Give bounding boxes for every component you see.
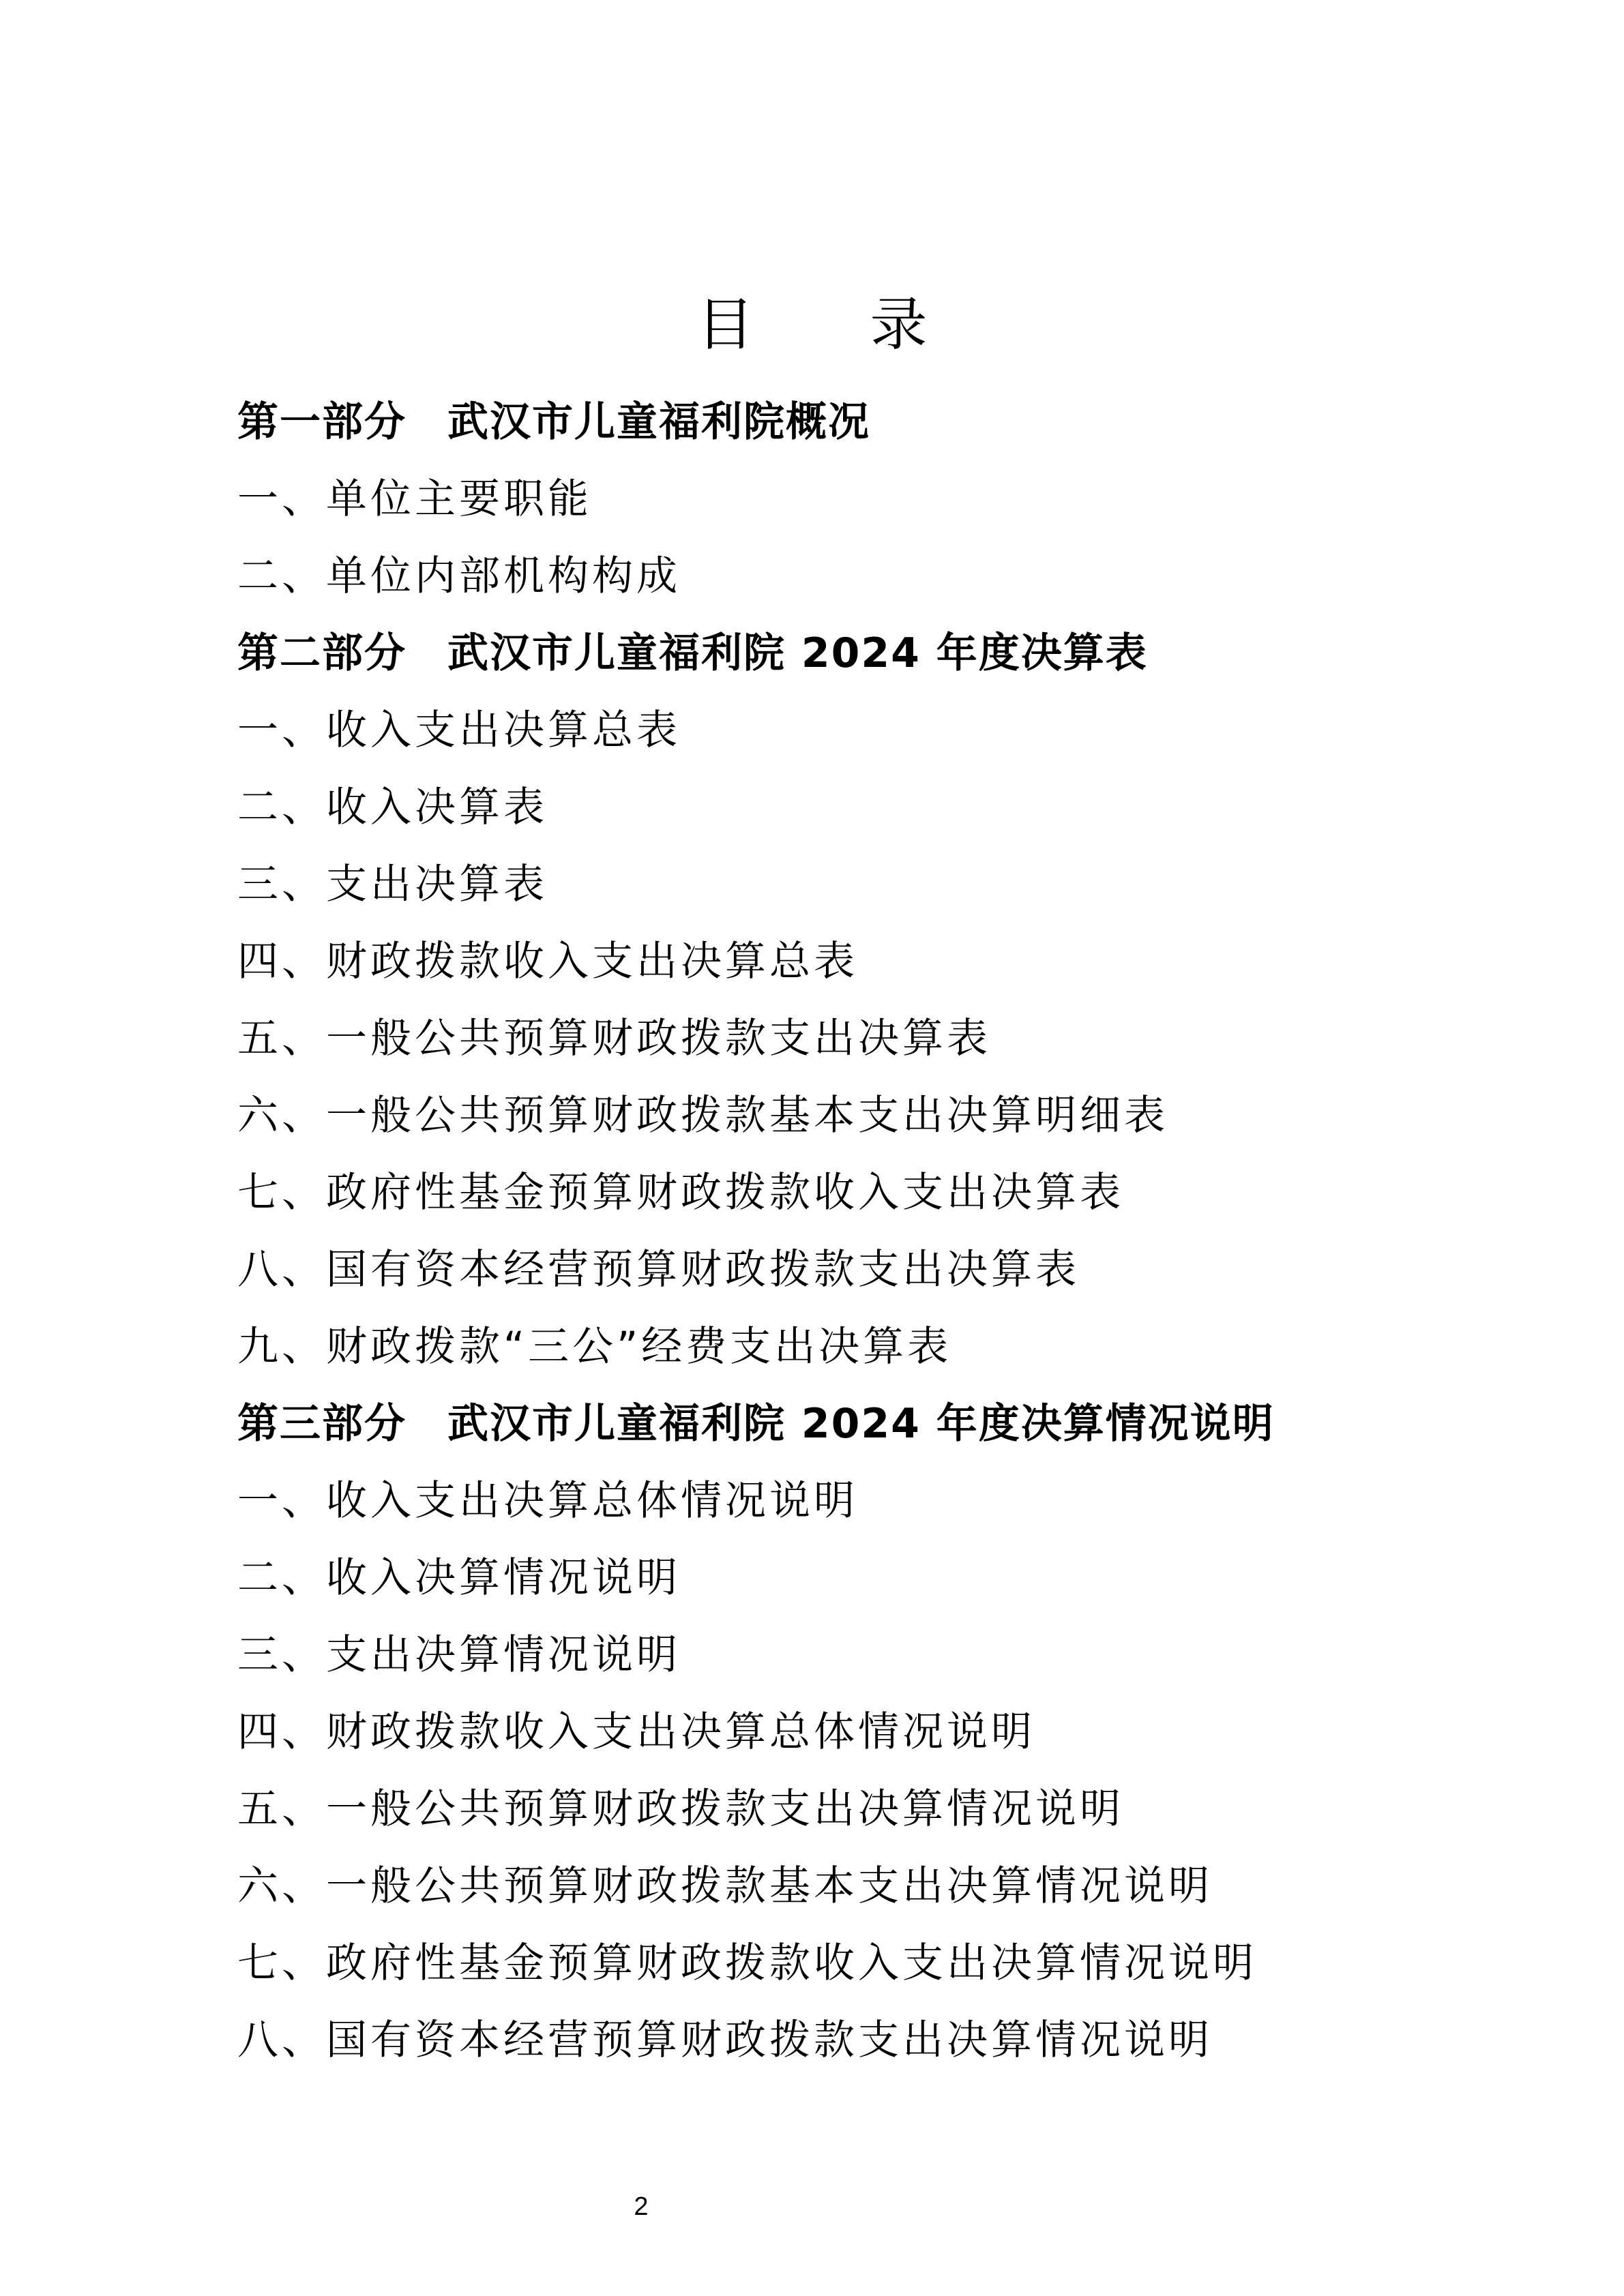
toc-entry[interactable]: 八、国有资本经营预算财政拨款支出决算表 <box>237 1232 1465 1309</box>
toc-entry[interactable]: 五、一般公共预算财政拨款支出决算表 <box>237 1000 1465 1077</box>
page-number: 2 <box>0 2190 1282 2223</box>
toc-part-1[interactable]: 第一部分武汉市儿童福利院概况 <box>237 384 1465 461</box>
toc-part-label: 第二部分 <box>237 615 407 692</box>
toc-entry[interactable]: 二、收入决算表 <box>237 769 1465 846</box>
toc-entry[interactable]: 一、单位主要职能 <box>237 461 1465 538</box>
toc-entry[interactable]: 三、支出决算情况说明 <box>237 1617 1465 1694</box>
toc-entry[interactable]: 四、财政拨款收入支出决算总体情况说明 <box>237 1694 1465 1771</box>
toc-title-char-1: 目 <box>697 292 754 357</box>
toc-entry[interactable]: 四、财政拨款收入支出决算总表 <box>237 923 1465 1000</box>
toc-entry[interactable]: 七、政府性基金预算财政拨款收入支出决算表 <box>237 1154 1465 1232</box>
toc-part-label: 第一部分 <box>237 384 407 461</box>
toc-entry[interactable]: 七、政府性基金预算财政拨款收入支出决算情况说明 <box>237 1925 1465 2002</box>
toc-part-label: 第三部分 <box>237 1386 407 1463</box>
toc-entry[interactable]: 二、单位内部机构构成 <box>237 538 1465 615</box>
toc-part-title: 武汉市儿童福利院 2024 年度决算情况说明 <box>447 1400 1275 1448</box>
toc-entry[interactable]: 三、支出决算表 <box>237 846 1465 923</box>
toc-entry[interactable]: 二、收入决算情况说明 <box>237 1540 1465 1617</box>
table-of-contents: 第一部分武汉市儿童福利院概况 一、单位主要职能 二、单位内部机构构成 第二部分武… <box>237 384 1465 2079</box>
toc-part-title: 武汉市儿童福利院 2024 年度决算表 <box>447 629 1148 677</box>
toc-part-title: 武汉市儿童福利院概况 <box>447 398 870 446</box>
toc-title: 目录 <box>0 292 1624 357</box>
toc-part-3[interactable]: 第三部分武汉市儿童福利院 2024 年度决算情况说明 <box>237 1386 1465 1463</box>
document-page: 目录 第一部分武汉市儿童福利院概况 一、单位主要职能 二、单位内部机构构成 第二… <box>0 0 1624 2296</box>
toc-part-2[interactable]: 第二部分武汉市儿童福利院 2024 年度决算表 <box>237 615 1465 692</box>
toc-entry[interactable]: 六、一般公共预算财政拨款基本支出决算明细表 <box>237 1077 1465 1154</box>
toc-entry[interactable]: 一、收入支出决算总体情况说明 <box>237 1463 1465 1540</box>
toc-entry[interactable]: 八、国有资本经营预算财政拨款支出决算情况说明 <box>237 2002 1465 2079</box>
toc-title-char-2: 录 <box>870 292 928 357</box>
toc-entry[interactable]: 五、一般公共预算财政拨款支出决算情况说明 <box>237 1771 1465 1848</box>
toc-entry[interactable]: 九、财政拨款“三公”经费支出决算表 <box>237 1309 1465 1386</box>
toc-entry[interactable]: 六、一般公共预算财政拨款基本支出决算情况说明 <box>237 1848 1465 1925</box>
toc-entry[interactable]: 一、收入支出决算总表 <box>237 692 1465 769</box>
